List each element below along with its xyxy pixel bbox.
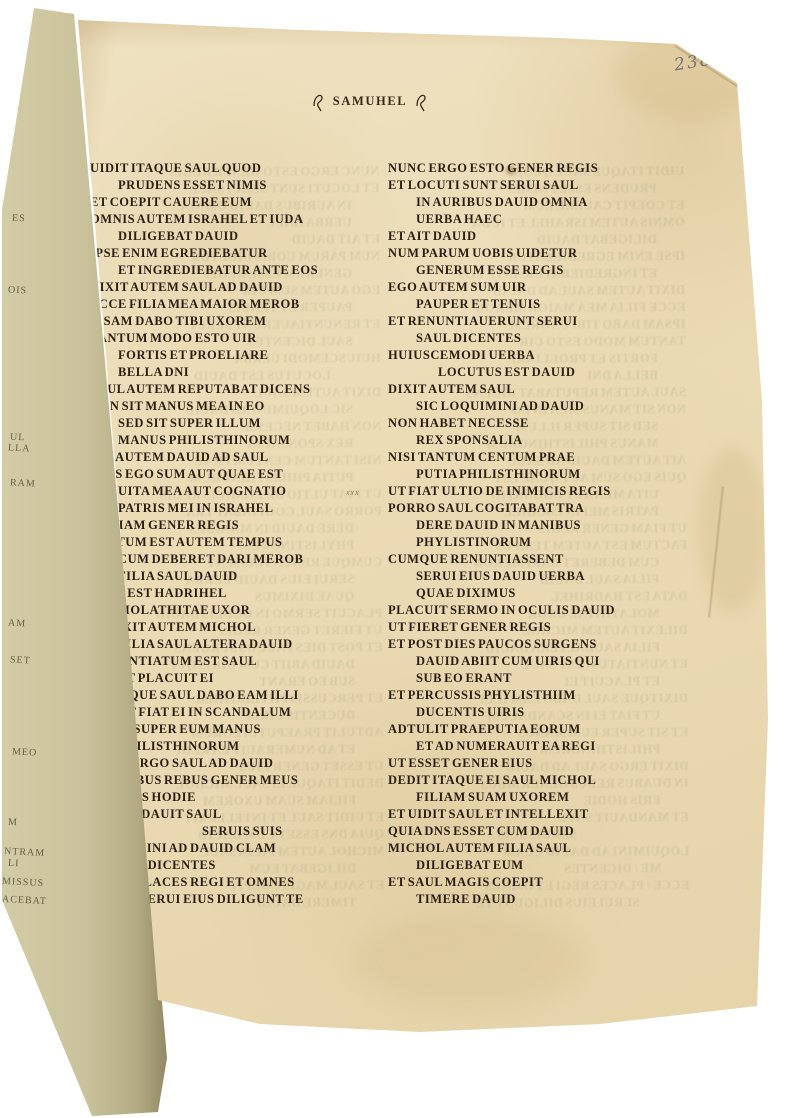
text-line: NUM PARUM UOBIS UIDETUR [388, 245, 693, 262]
text-line: SUB EO ERANT [388, 670, 693, 687]
text-line: ET UIDIT SAUL ET INTELLEXIT [388, 806, 693, 823]
spine-fragment-text: ACEBAT [2, 894, 47, 907]
spine-fragment-text: MISSUS [2, 876, 45, 889]
spine-fragment-text: ES [12, 213, 26, 225]
text-line: NON HABET NECESSE [388, 415, 693, 432]
text-line: DIXIT AUTEM SAUL [388, 381, 693, 398]
text-line: DERE DAUID IN MANIBUS [388, 517, 693, 534]
text-line: REX SPONSALIA [388, 432, 693, 449]
text-line: ET PERCUSSIS PHYLISTHIIM [388, 687, 693, 704]
text-line: AIT AUTEM DAUID AD SAUL [90, 449, 390, 466]
text-line: ET LOCUTI SUNT SERUI SAUL [388, 177, 693, 194]
text-line: DEDIT ITAQUE EI SAUL MICHOL [388, 772, 693, 789]
text-line: ET PLACUIT EI [90, 670, 390, 687]
text-line: CUMQUE RENUNTIASSENT [388, 551, 693, 568]
text-line: FILIA SAUL ALTERA DAUID [90, 636, 390, 653]
text-line: ET POST DIES PAUCOS SURGENS [388, 636, 693, 653]
text-line: ET AIT DAUID [388, 228, 693, 245]
text-line: LOCUTUS EST DAUID [388, 364, 693, 381]
text-line: NUNC ERGO ESTO GENER REGIS [388, 160, 693, 177]
text-line: ET RENUNTIAUERUNT SERUI [388, 313, 693, 330]
parchment-stain [698, 448, 768, 613]
text-line: PRUDENS ESSET NIMIS [90, 177, 390, 194]
text-line: DATA EST HADRIHEL [90, 585, 390, 602]
text-line: PORRO SAUL COGITABAT TRA [388, 500, 693, 517]
spine-fragment-text: LI [8, 858, 20, 870]
spine-fragment-text: OIS [8, 285, 28, 297]
text-line: UITA MEA AUT COGNATIO [90, 483, 390, 500]
text-line: TANTUM MODO ESTO UIR [90, 330, 390, 347]
text-line: QUAE DIXIMUS [388, 585, 693, 602]
spine-fragment-text: LLA [8, 442, 31, 454]
text-line: SAUL AUTEM REPUTABAT DICENS [90, 381, 390, 398]
text-line: SAUL DICENTES [388, 330, 693, 347]
text-line: IN AURIBUS DAUID OMNIA [388, 194, 693, 211]
text-line: UT FIAM GENER REGIS [90, 517, 390, 534]
text-line: ET COEPIT CAUERE EUM [90, 194, 390, 211]
flourish-icon [415, 90, 428, 112]
text-line: EGO AUTEM SUM UIR [388, 279, 693, 296]
text-line: DILEXIT AUTEM MICHOL [90, 619, 390, 636]
text-line: PAUPER ET TENUIS [388, 296, 693, 313]
flourish-icon [312, 90, 325, 112]
text-line: ET SAUL MAGIS COEPIT [388, 874, 693, 891]
text-line: PUTIA PHILISTHINORUM [388, 466, 693, 483]
text-line: GENERUM ESSE REGIS [388, 262, 693, 279]
running-title: SAMUHEL [275, 90, 465, 112]
text-line: ET NUNTIATUM EST SAUL [90, 653, 390, 670]
text-line: UT FIERET GENER REGIS [388, 619, 693, 636]
text-line: HUIUSCEMODI UERBA [388, 347, 693, 364]
spine-fragment-text: M [8, 817, 18, 829]
text-line: DILIGEBAT EUM [388, 857, 693, 874]
text-line: DIXIT AUTEM SAUL AD DAUID [90, 279, 390, 296]
text-line: PHYLISTINORUM [388, 534, 693, 551]
text-line: ET AD NUMERAUIT EA REGI [388, 738, 693, 755]
text-line: IPSAM DABO TIBI UXOREM [90, 313, 390, 330]
text-line: DUCENTIS UIRIS [388, 704, 693, 721]
text-line: FILIA SAUL DAUID [90, 568, 390, 585]
spine-fragment-text: SET [10, 654, 31, 666]
spine-fragment-text: RAM [10, 477, 36, 489]
text-line: PLACUIT SERMO IN OCULIS DAUID [388, 602, 693, 619]
text-line: OMNIS AUTEM ISRAHEL ET IUDA [90, 211, 390, 228]
text-column-right: NUNC ERGO ESTO GENER REGISET LOCUTI SUNT… [388, 160, 693, 908]
text-line: BELLA DNI [90, 364, 390, 381]
text-line: MOLATHITAE UXOR [90, 602, 390, 619]
text-line: DILIGEBAT DAUID [90, 228, 390, 245]
text-line: ADTULIT PRAEPUTIA EORUM [388, 721, 693, 738]
text-line: SERUI EIUS DAUID UERBA [388, 568, 693, 585]
manuscript-photo: ESOISULLLARAMAMSETMEOMNTRAMLIMISSUSACEBA… [0, 0, 800, 1118]
text-line: IPSE ENIM EGREDIEBATUR [90, 245, 390, 262]
text-line: FILIAM SUAM UXOREM [388, 789, 693, 806]
text-line: QUIS EGO SUM AUT QUAE EST [90, 466, 390, 483]
text-line: QUIA DNS ESSET CUM DAUID [388, 823, 693, 840]
text-line: MANUS PHILISTHINORUM [90, 432, 390, 449]
text-line: DIXITQUE SAUL DABO EAM ILLI [90, 687, 390, 704]
text-line: SED SIT SUPER ILLUM [90, 415, 390, 432]
text-line: UIDIT ITAQUE SAUL QUOD [90, 160, 390, 177]
text-line: FACTUM EST AUTEM TEMPUS [90, 534, 390, 551]
spine-fragment-text: MEO [12, 746, 38, 758]
text-line: TIMERE DAUID [388, 891, 693, 908]
text-line: DAUID ABIIT CUM UIRIS QUI [388, 653, 693, 670]
text-line: MICHOL AUTEM FILIA SAUL [388, 840, 693, 857]
text-line: FORTIS ET PROELIARE [90, 347, 390, 364]
text-line: CUM DEBERET DARI MEROB [90, 551, 390, 568]
parchment-page: NUNC ERGO ESTO GENER REGISET LOCUTI SUNT… [60, 18, 772, 1043]
text-line: SIC LOQUIMINI AD DAUID [388, 398, 693, 415]
parchment-stain [615, 26, 765, 121]
text-line: NON SIT MANUS MEA IN EO [90, 398, 390, 415]
text-line: UT FIAT ULTIO DE INIMICIS REGIS [388, 483, 693, 500]
text-line: ECCE FILIA MEA MAIOR MEROB [90, 296, 390, 313]
text-line: ET INGREDIEBATUR ANTE EOS [90, 262, 390, 279]
text-line: NISI TANTUM CENTUM PRAE [388, 449, 693, 466]
spine-fragment-text: AM [8, 618, 27, 630]
text-line: UT ESSET GENER EIUS [388, 755, 693, 772]
parchment-stain [355, 913, 585, 1008]
text-line: PATRIS MEI IN ISRAHEL [90, 500, 390, 517]
running-title-text: SAMUHEL [333, 94, 407, 109]
text-line: UERBA HAEC [388, 211, 693, 228]
